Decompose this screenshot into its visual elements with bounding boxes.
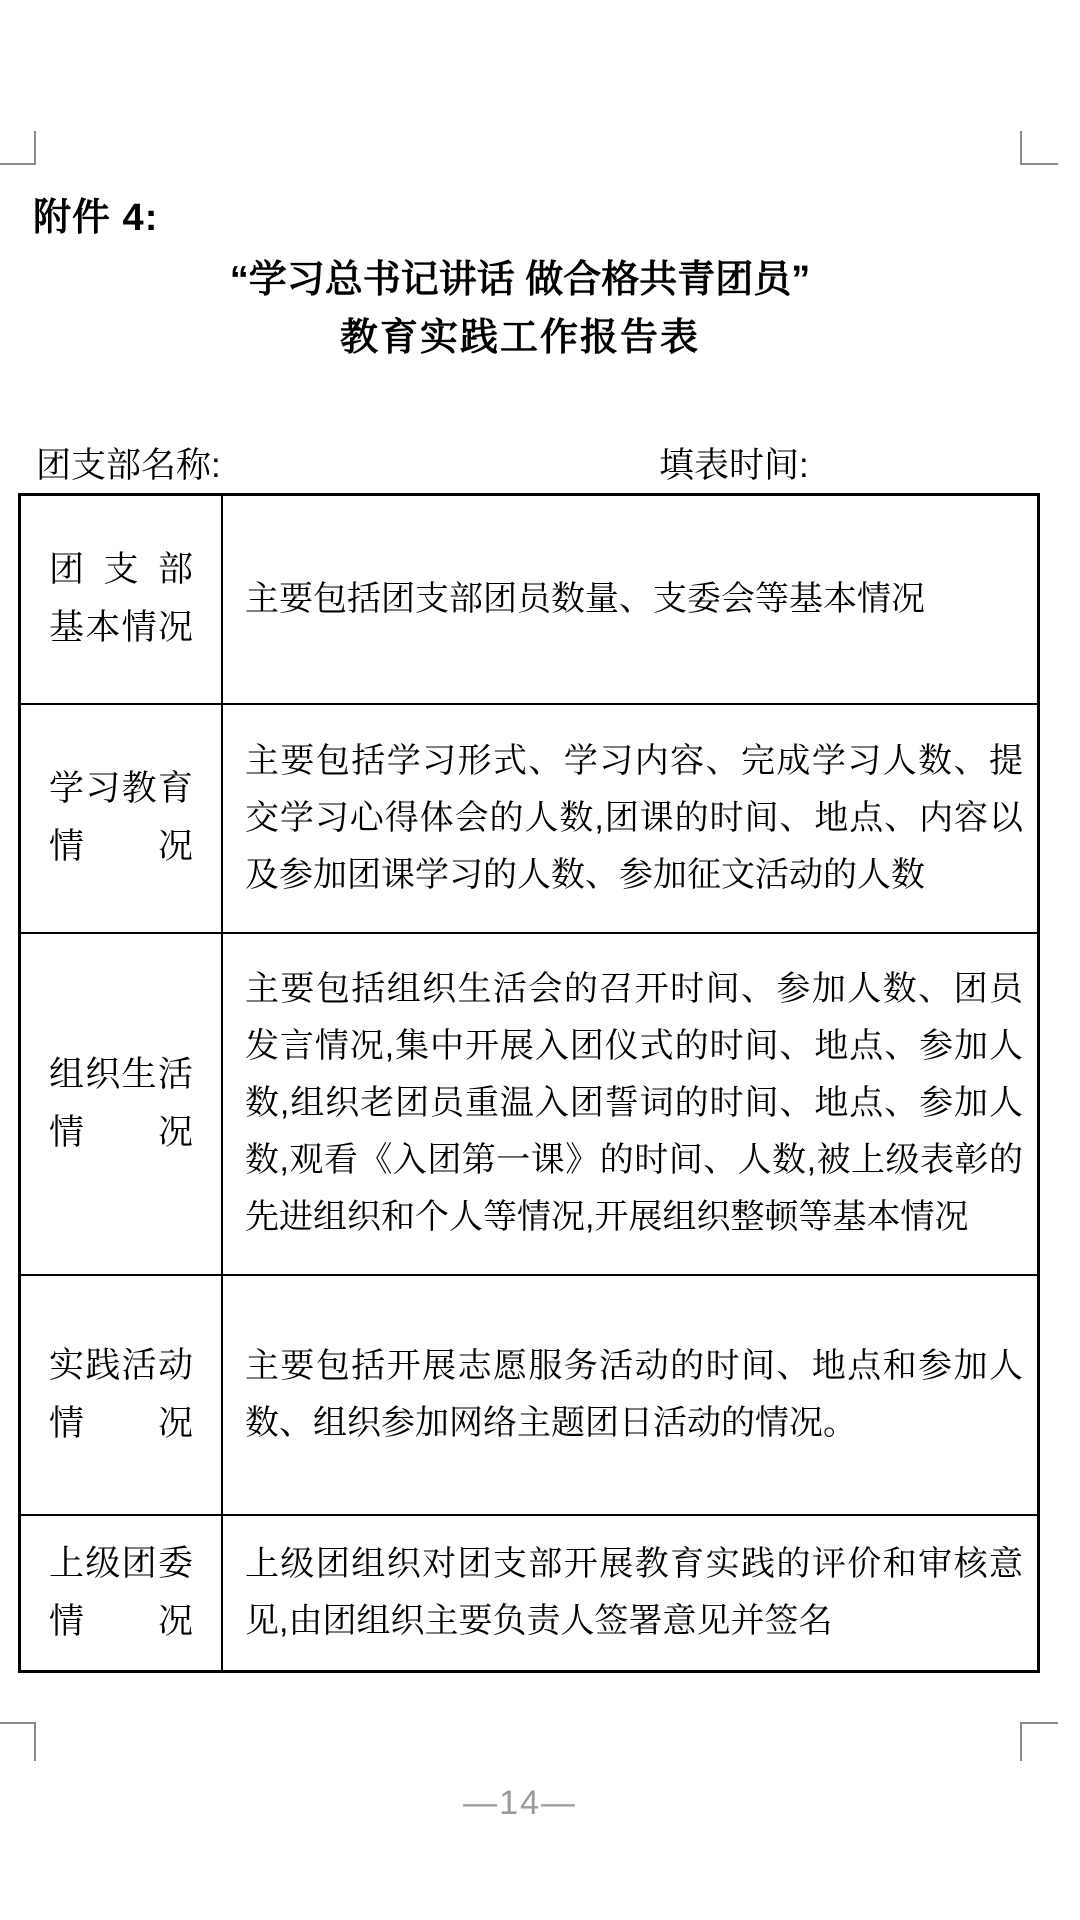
report-table: 团支部 基本情况 主要包括团支部团员数量、支委会等基本情况 学习教育 情况 主要… [18,493,1040,1673]
row-content-cell: 主要包括开展志愿服务活动的时间、地点和参加人数、组织参加网络主题团日活动的情况。 [222,1275,1039,1515]
row-header-line2: 情况 [49,1593,193,1651]
row-header-label: 组织生活 情况 [49,1046,193,1162]
table-row: 上级团委 情况 上级团组织对团支部开展教育实践的评价和审核意见,由团组织主要负责… [20,1515,1039,1672]
row-content-cell: 主要包括学习形式、学习内容、完成学习人数、提交学习心得体会的人数,团课的时间、地… [222,704,1039,933]
row-header-label: 实践活动 情况 [49,1337,193,1453]
branch-name-label: 团支部名称: [36,438,221,488]
row-header-cell: 实践活动 情况 [20,1275,223,1515]
row-content-cell: 上级团组织对团支部开展教育实践的评价和审核意见,由团组织主要负责人签署意见并签名 [222,1515,1039,1672]
crop-mark-top-right-icon [1020,131,1058,165]
row-header-line2: 情况 [49,1395,193,1453]
row-header-cell: 团支部 基本情况 [20,495,223,704]
table-row: 组织生活 情况 主要包括组织生活会的召开时间、参加人数、团员发言情况,集中开展入… [20,933,1039,1275]
row-header-line1: 实践活动 [49,1337,193,1395]
row-header-line1: 学习教育 [49,760,193,818]
table-row: 实践活动 情况 主要包括开展志愿服务活动的时间、地点和参加人数、组织参加网络主题… [20,1275,1039,1515]
crop-mark-bottom-right-icon [1020,1722,1058,1761]
row-header-cell: 组织生活 情况 [20,933,223,1275]
table-row: 学习教育 情况 主要包括学习形式、学习内容、完成学习人数、提交学习心得体会的人数… [20,704,1039,933]
row-header-line1: 上级团委 [49,1535,193,1593]
attachment-label: 附件 4: [33,186,158,241]
fill-time-label: 填表时间: [659,438,809,488]
page-number: —14— [0,1784,1040,1823]
table-row: 团支部 基本情况 主要包括团支部团员数量、支委会等基本情况 [20,495,1039,704]
crop-mark-bottom-left-icon [0,1722,36,1761]
row-header-cell: 上级团委 情况 [20,1515,223,1672]
row-header-line2: 情况 [49,818,193,876]
document-title-line2: 教育实践工作报告表 [0,306,1040,361]
row-header-line2: 基本情况 [49,599,193,657]
crop-mark-top-left-icon [0,131,36,165]
row-header-label: 团支部 基本情况 [49,541,193,657]
row-header-line1: 组织生活 [49,1046,193,1104]
row-header-label: 上级团委 情况 [49,1535,193,1651]
row-header-line2: 情况 [49,1104,193,1162]
document-page: 附件 4: “学习总书记讲话 做合格共青团员” 教育实践工作报告表 团支部名称:… [0,0,1080,1920]
row-content-cell: 主要包括团支部团员数量、支委会等基本情况 [222,495,1039,704]
row-header-cell: 学习教育 情况 [20,704,223,933]
row-header-line1: 团支部 [49,541,193,599]
row-header-label: 学习教育 情况 [49,760,193,876]
row-content-cell: 主要包括组织生活会的召开时间、参加人数、团员发言情况,集中开展入团仪式的时间、地… [222,933,1039,1275]
document-title-line1: “学习总书记讲话 做合格共青团员” [0,248,1040,303]
